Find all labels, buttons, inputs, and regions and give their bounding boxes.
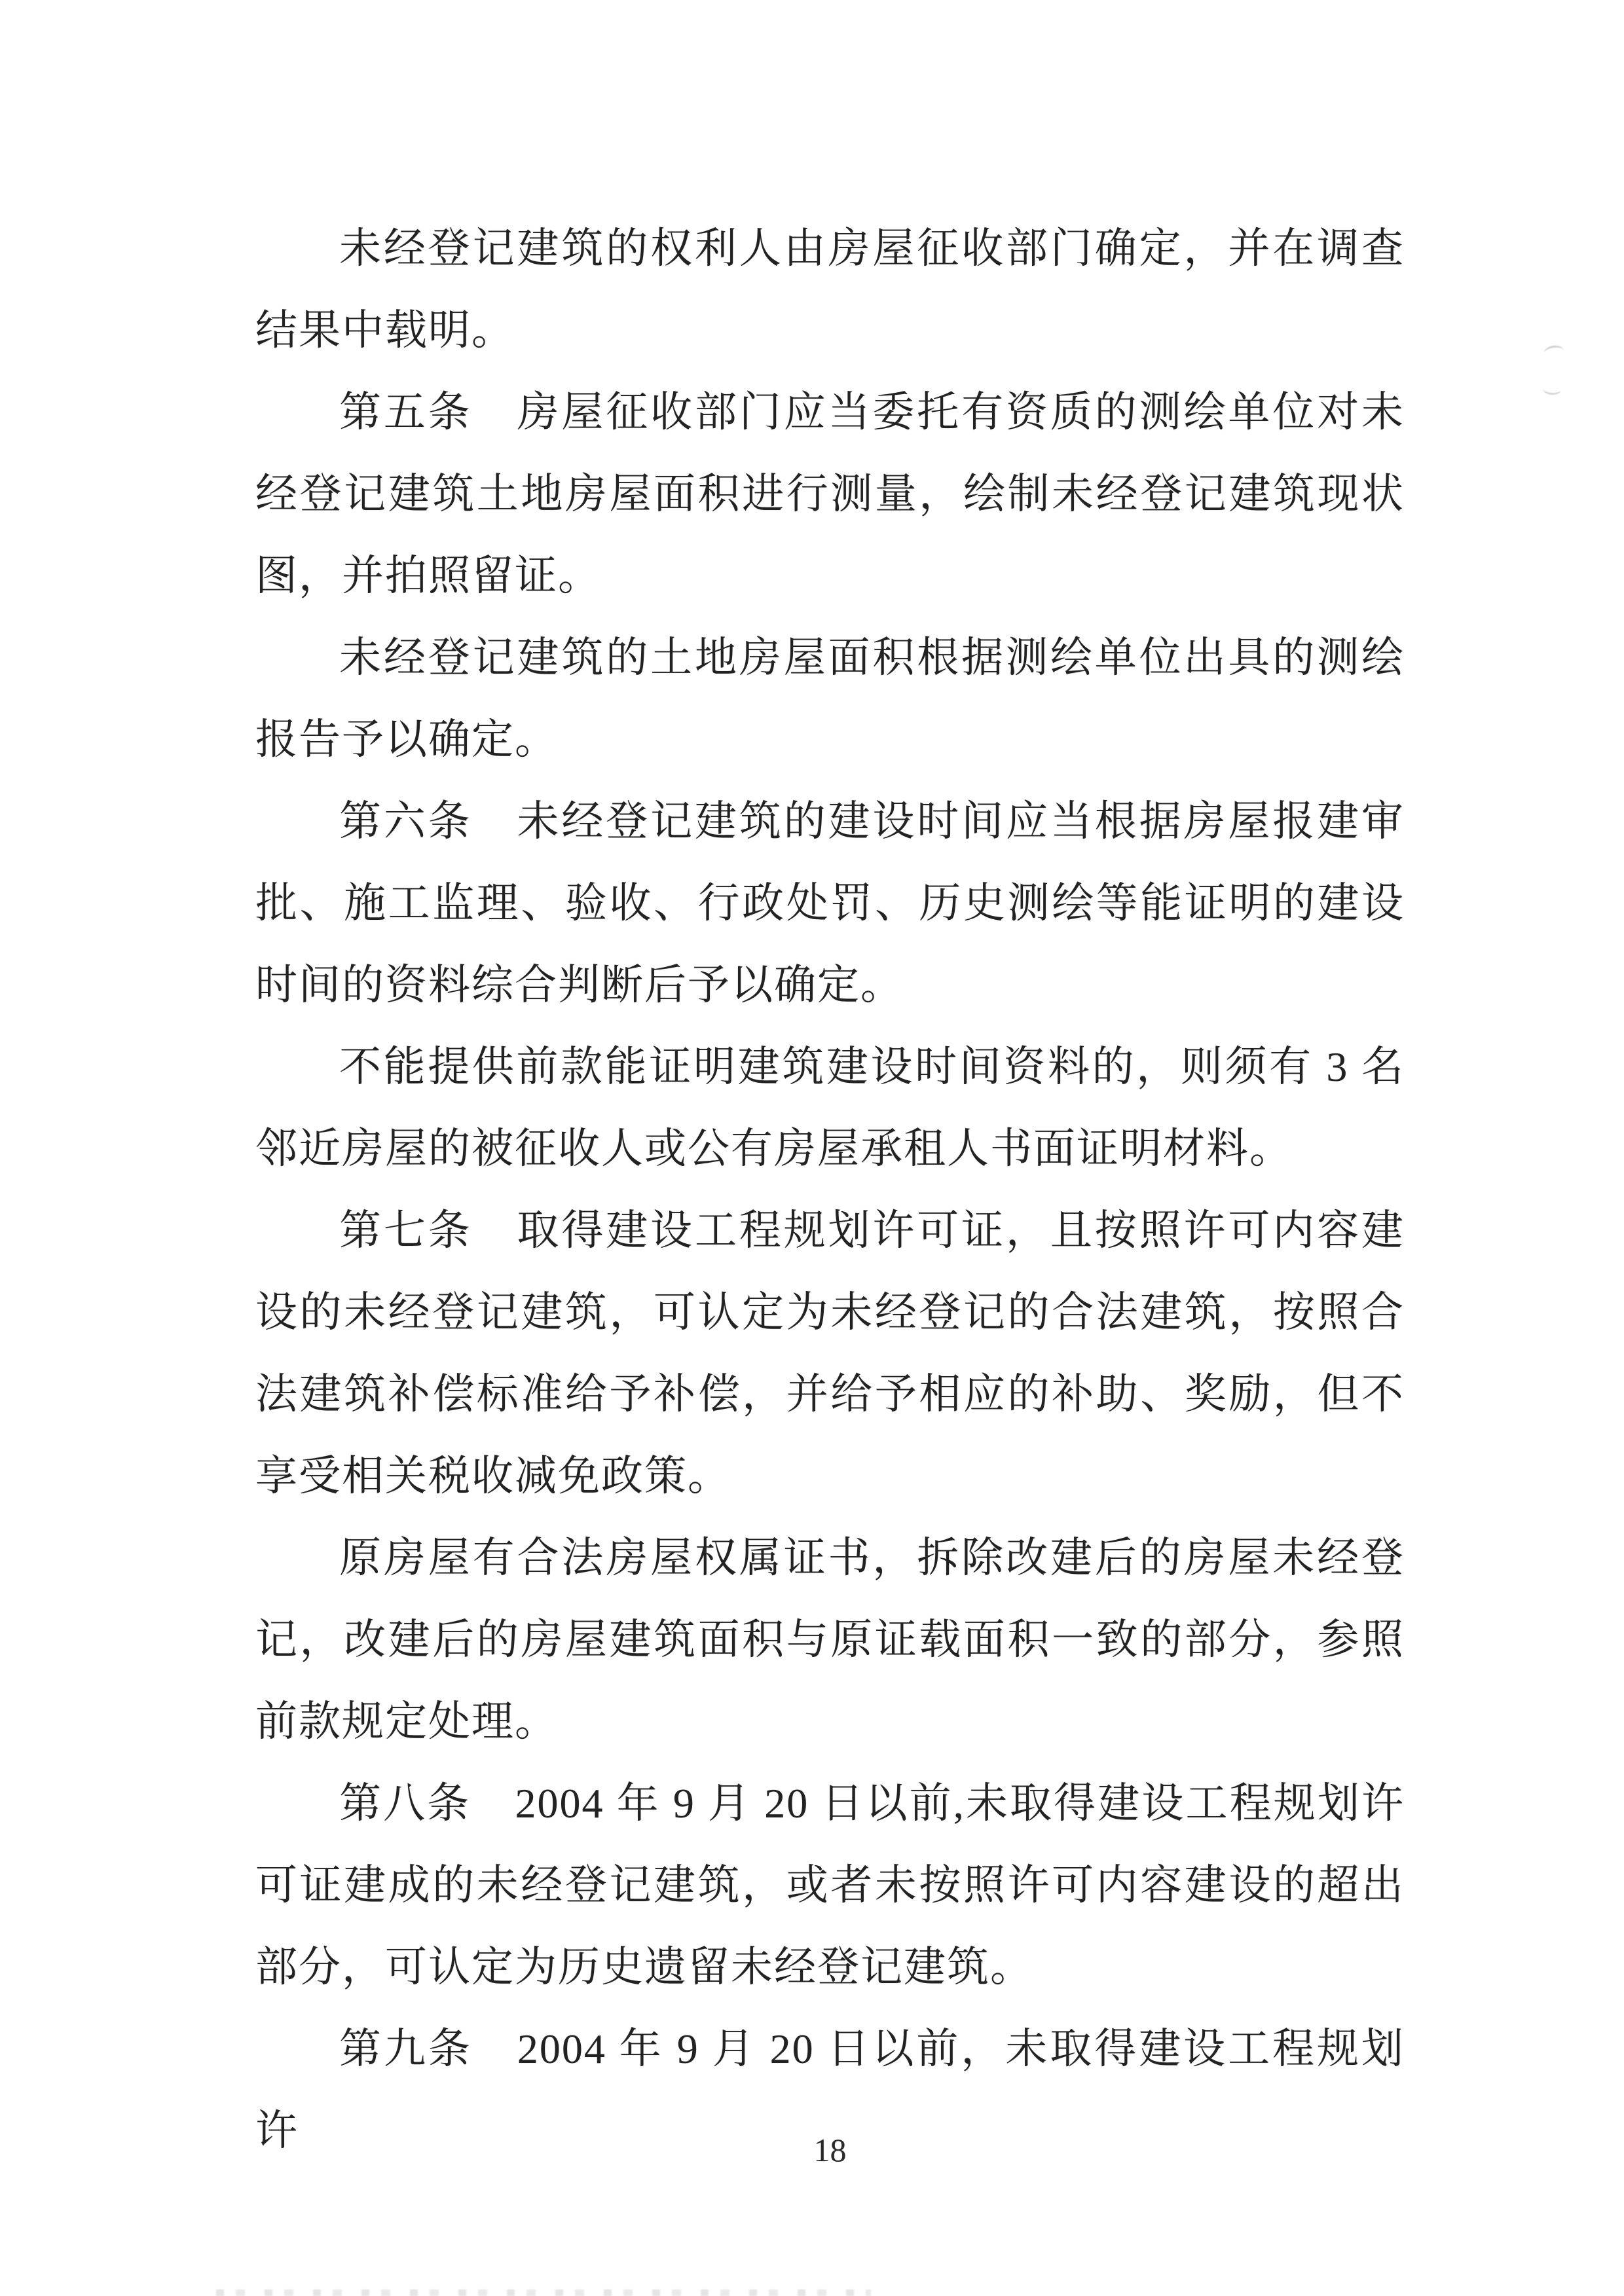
paragraph: 未经登记建筑的土地房屋面积根据测绘单位出具的测绘报告予以确定。 — [255, 617, 1405, 780]
document-page: 未经登记建筑的权利人由房屋征收部门确定，并在调查结果中载明。 第五条 房屋征收部… — [0, 0, 1624, 2296]
paragraph: 第五条 房屋征收部门应当委托有资质的测绘单位对未经登记建筑土地房屋面积进行测量，… — [255, 371, 1405, 617]
scan-bleed-artifact — [1543, 344, 1564, 359]
page-number: 18 — [255, 2131, 1405, 2169]
paragraph: 第六条 未经登记建筑的建设时间应当根据房屋报建审批、施工监理、验收、行政处罚、历… — [255, 780, 1405, 1026]
paragraph: 第七条 取得建设工程规划许可证，且按照许可内容建设的未经登记建筑，可认定为未经登… — [255, 1190, 1405, 1517]
paragraph: 未经登记建筑的权利人由房屋征收部门确定，并在调查结果中载明。 — [255, 208, 1405, 371]
scan-bleed-artifact — [1542, 383, 1561, 395]
paragraph: 原房屋有合法房屋权属证书，拆除改建后的房屋未经登记，改建后的房屋建筑面积与原证载… — [255, 1517, 1405, 1762]
text-content: 未经登记建筑的权利人由房屋征收部门确定，并在调查结果中载明。 第五条 房屋征收部… — [255, 208, 1405, 2172]
next-page-bleed-strip — [216, 2289, 871, 2296]
paragraph: 第八条 2004 年 9 月 20 日以前,未取得建设工程规划许可证建成的未经登… — [255, 1762, 1405, 2008]
paragraph: 不能提供前款能证明建筑建设时间资料的，则须有 3 名邻近房屋的被征收人或公有房屋… — [255, 1026, 1405, 1190]
